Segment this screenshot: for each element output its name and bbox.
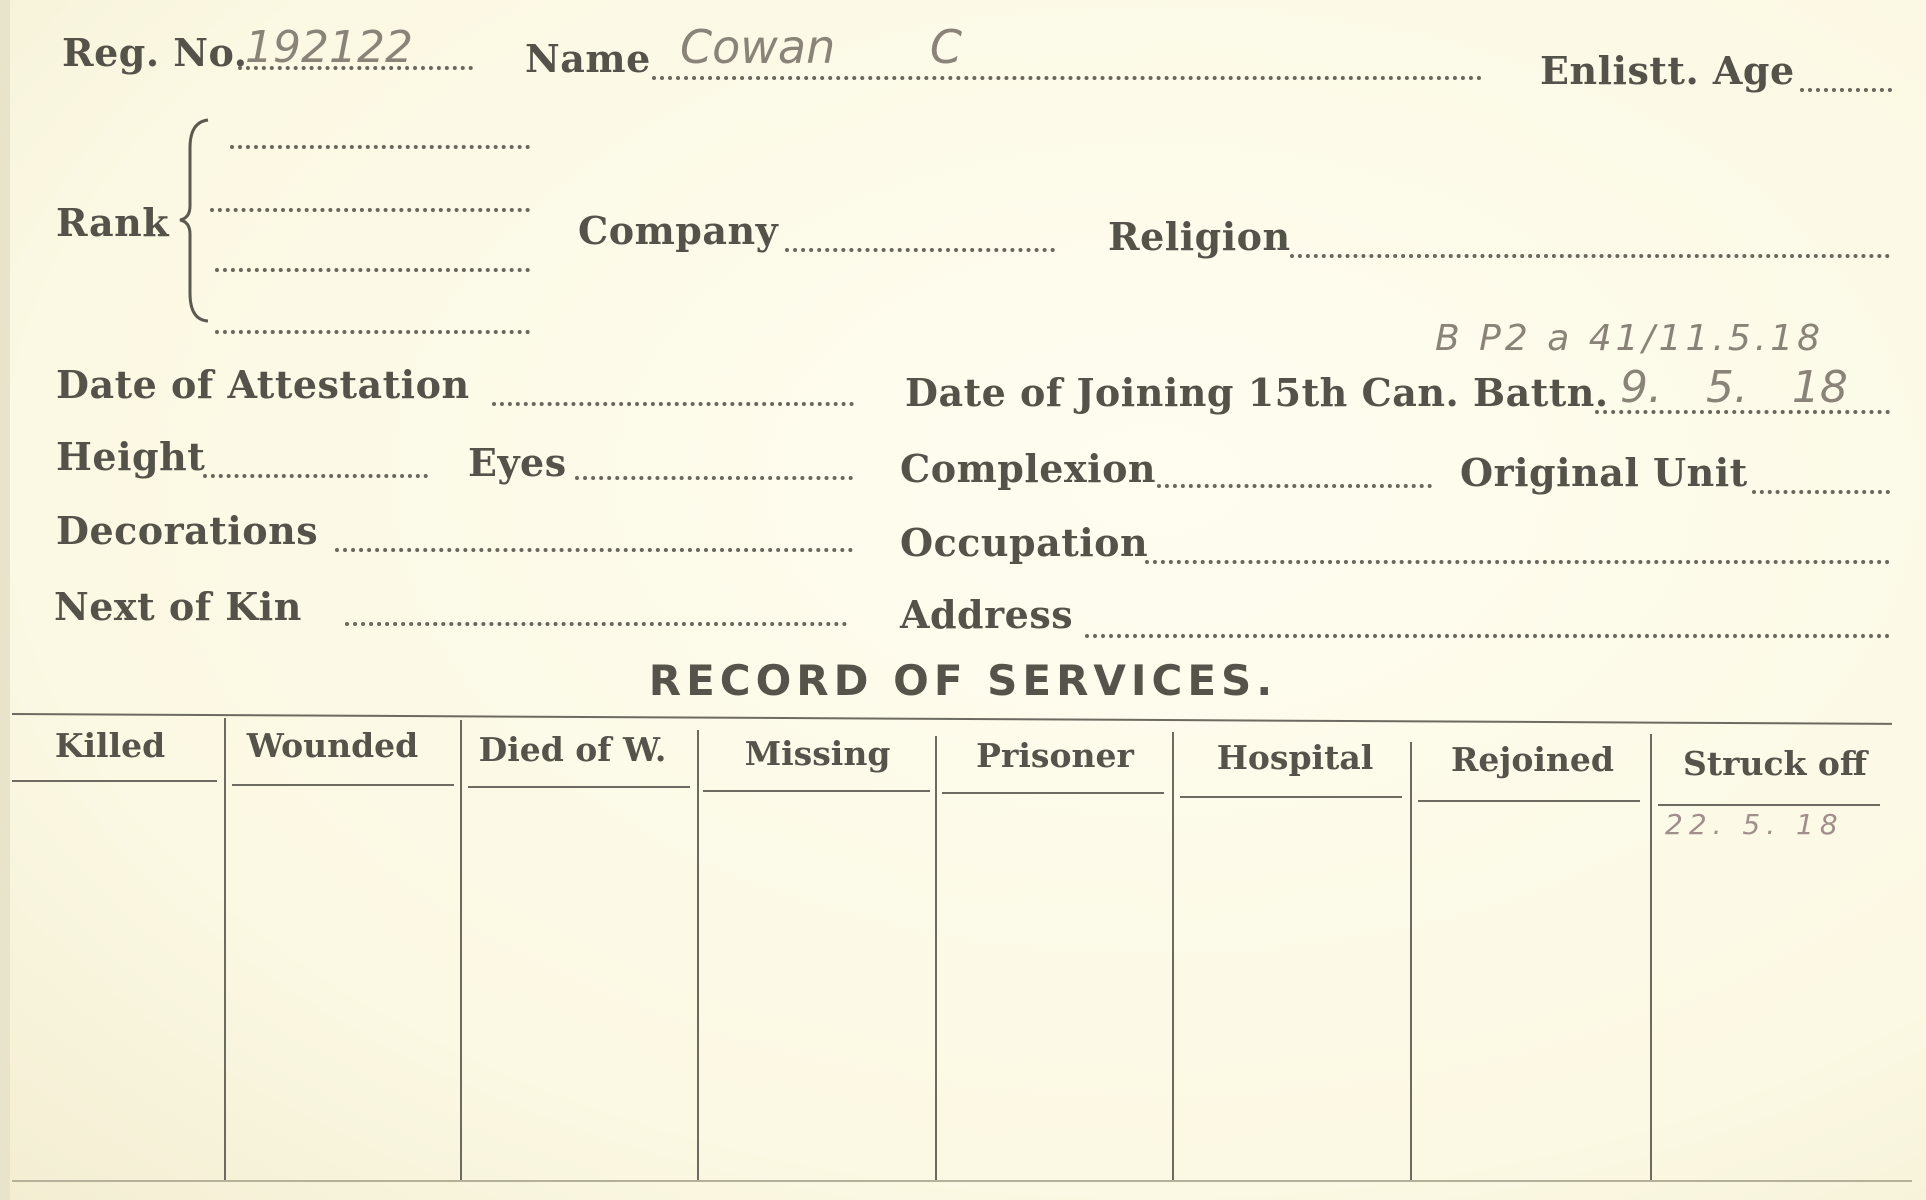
col-died-of-wounds: Died of W. <box>465 730 680 769</box>
rank-line-3 <box>215 268 530 272</box>
enlist-age-label: Enlistt. Age <box>1540 48 1795 93</box>
rank-label: Rank <box>56 200 169 245</box>
reg-no-value: 192122 <box>245 22 413 73</box>
col-wounded: Wounded <box>225 726 440 765</box>
reg-no-label: Reg. No. <box>62 30 247 75</box>
next-of-kin-field-line <box>345 622 847 626</box>
struck-off-value: 22. 5. 18 <box>1665 808 1844 841</box>
col-killed: Killed <box>20 726 200 765</box>
religion-field-line <box>1290 254 1890 258</box>
enlist-age-field-line <box>1800 88 1892 92</box>
original-unit-field-line <box>1752 490 1890 494</box>
joining-label: Date of Joining 15th Can. Battn. <box>905 370 1609 415</box>
complexion-field-line <box>1157 484 1432 488</box>
next-of-kin-label: Next of Kin <box>54 584 302 629</box>
decorations-label: Decorations <box>56 508 318 553</box>
col-divider-2 <box>460 720 462 1180</box>
col-divider-3 <box>697 730 699 1180</box>
card-edge <box>0 0 10 1200</box>
name-field-line <box>652 76 1482 80</box>
col-divider-7 <box>1650 734 1652 1180</box>
complexion-label: Complexion <box>900 446 1156 491</box>
col-rejoined: Rejoined <box>1420 740 1645 779</box>
card-bottom-edge <box>12 1180 1912 1182</box>
rank-line-2 <box>210 208 530 212</box>
attestation-label: Date of Attestation <box>56 362 470 407</box>
height-label: Height <box>56 434 205 479</box>
table-top-rule <box>12 713 1892 725</box>
name-value: Cowan C <box>680 20 962 74</box>
col-divider-6 <box>1410 742 1412 1180</box>
service-record-card: Reg. No. 192122 Name Cowan C Enlistt. Ag… <box>0 0 1926 1200</box>
joining-value: 9. 5. 18 <box>1620 362 1848 413</box>
name-label: Name <box>525 36 651 81</box>
company-field-line <box>785 248 1055 252</box>
joining-note: B P2 a 41/11.5.18 <box>1435 318 1824 359</box>
col-hospital: Hospital <box>1185 738 1405 777</box>
col-struck-off: Struck off <box>1660 744 1890 783</box>
col-underline-2 <box>232 784 454 786</box>
eyes-label: Eyes <box>468 440 567 485</box>
eyes-field-line <box>575 476 853 480</box>
rank-line-1 <box>230 145 530 149</box>
col-divider-5 <box>1172 732 1174 1180</box>
address-field-line <box>1085 634 1890 638</box>
occupation-field-line <box>1145 560 1890 564</box>
col-underline-1 <box>12 780 217 782</box>
col-divider-4 <box>935 736 937 1180</box>
original-unit-label: Original Unit <box>1460 450 1748 495</box>
rank-line-4 <box>215 330 530 334</box>
height-field-line <box>203 474 428 478</box>
decorations-field-line <box>335 548 853 552</box>
address-label: Address <box>900 592 1073 637</box>
col-underline-8 <box>1658 804 1880 806</box>
col-prisoner: Prisoner <box>945 736 1165 775</box>
col-underline-5 <box>942 792 1164 794</box>
rank-brace-icon <box>178 118 218 323</box>
col-missing: Missing <box>710 734 925 773</box>
col-underline-7 <box>1418 800 1640 802</box>
col-underline-6 <box>1180 796 1402 798</box>
col-divider-1 <box>224 718 226 1180</box>
col-underline-4 <box>703 790 930 792</box>
religion-label: Religion <box>1108 214 1291 259</box>
occupation-label: Occupation <box>900 520 1148 565</box>
record-title: RECORD OF SERVICES. <box>0 656 1926 705</box>
company-label: Company <box>578 208 778 253</box>
attestation-field-line <box>492 402 854 406</box>
col-underline-3 <box>468 786 690 788</box>
